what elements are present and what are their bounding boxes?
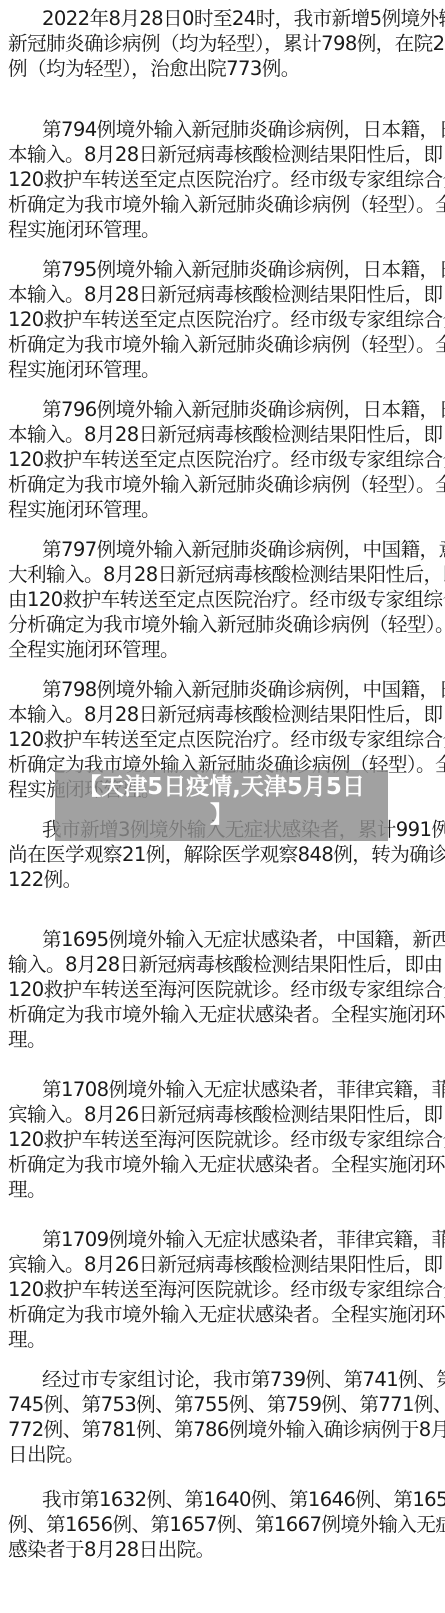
title-overlay-banner: 【天津5日疫情,天津5月5日 】: [55, 770, 388, 841]
paragraph-line: 第794例境外输入新冠肺炎确诊病例，日本籍，日: [8, 117, 440, 142]
paragraph-line: 析确定为我市境外输入新冠肺炎确诊病例（轻型）。全: [8, 332, 440, 357]
paragraph-line: 我市第1632例、第1640例、第1646例、第1655: [8, 1487, 440, 1512]
paragraph-line: 日出院。: [8, 1442, 440, 1467]
paragraph-line: 第797例境外输入新冠肺炎确诊病例，中国籍，意: [8, 537, 440, 562]
paragraph-line: 宾输入。8月26日新冠病毒核酸检测结果阳性后，即由: [8, 1102, 440, 1127]
paragraph-line: 理。: [8, 1327, 440, 1352]
paragraph-line: 本输入。8月28日新冠病毒核酸检测结果阳性后，即由: [8, 702, 440, 727]
paragraph-line: 大利输入。8月28日新冠病毒核酸检测结果阳性后，即: [8, 562, 440, 587]
article-paragraph: 第1709例境外输入无症状感染者，菲律宾籍，菲律宾输入。8月26日新冠病毒核酸检…: [8, 1227, 440, 1352]
paragraph-line: 第796例境外输入新冠肺炎确诊病例，日本籍，日: [8, 397, 440, 422]
paragraph-line: 120救护车转送至定点医院治疗。经市级专家组综合分: [8, 167, 440, 192]
paragraph-line: 感染者于8月28日出院。: [8, 1537, 440, 1562]
paragraph-line: 由120救护车转送至定点医院治疗。经市级专家组综合: [8, 587, 440, 612]
paragraph-line: 第798例境外输入新冠肺炎确诊病例，中国籍，日: [8, 677, 440, 702]
paragraph-line: 分析确定为我市境外输入新冠肺炎确诊病例（轻型）。: [8, 612, 440, 637]
overlay-title-line-2: 】: [55, 801, 388, 829]
paragraph-line: 理。: [8, 1177, 440, 1202]
paragraph-line: 析确定为我市境外输入无症状感染者。全程实施闭环管: [8, 1152, 440, 1177]
article-paragraph: 第796例境外输入新冠肺炎确诊病例，日本籍，日本输入。8月28日新冠病毒核酸检测…: [8, 397, 440, 522]
paragraph-line: 本输入。8月28日新冠病毒核酸检测结果阳性后，即由: [8, 282, 440, 307]
paragraph-line: 程实施闭环管理。: [8, 497, 440, 522]
paragraph-line: 120救护车转送至定点医院治疗。经市级专家组综合分: [8, 447, 440, 472]
article-paragraph: 2022年8月28日0时至24时，我市新增5例境外输入新冠肺炎确诊病例（均为轻型…: [8, 6, 440, 81]
paragraph-line: 本输入。8月28日新冠病毒核酸检测结果阳性后，即由: [8, 422, 440, 447]
paragraph-line: 析确定为我市境外输入新冠肺炎确诊病例（轻型）。全: [8, 472, 440, 497]
paragraph-line: 析确定为我市境外输入无症状感染者。全程实施闭环管: [8, 1302, 440, 1327]
paragraph-line: 2022年8月28日0时至24时，我市新增5例境外输入: [8, 6, 440, 31]
overlay-title-line-1: 【天津5日疫情,天津5月5日: [55, 773, 388, 801]
article-paragraph: 第797例境外输入新冠肺炎确诊病例，中国籍，意大利输入。8月28日新冠病毒核酸检…: [8, 537, 440, 662]
paragraph-line: 经过市专家组讨论，我市第739例、第741例、第: [8, 1367, 440, 1392]
paragraph-line: 120救护车转送至定点医院治疗。经市级专家组综合分: [8, 307, 440, 332]
paragraph-line: 第1709例境外输入无症状感染者，菲律宾籍，菲律: [8, 1227, 440, 1252]
paragraph-line: 输入。8月28日新冠病毒核酸检测结果阳性后，即由: [8, 952, 440, 977]
paragraph-line: 析确定为我市境外输入无症状感染者。全程实施闭环管: [8, 1002, 440, 1027]
paragraph-line: 尚在医学观察21例，解除医学观察848例，转为确诊: [8, 842, 440, 867]
article-paragraph: 我市第1632例、第1640例、第1646例、第1655例、第1656例、第16…: [8, 1487, 440, 1562]
paragraph-line: 120救护车转送至海河医院就诊。经市级专家组综合分: [8, 1277, 440, 1302]
paragraph-line: 第1695例境外输入无症状感染者，中国籍，新西兰: [8, 927, 440, 952]
paragraph-line: 745例、第753例、第755例、第759例、第771例、第: [8, 1392, 440, 1417]
overlay-title: 【天津5日疫情,天津5月5日 】: [55, 770, 388, 829]
paragraph-line: 程实施闭环管理。: [8, 217, 440, 242]
paragraph-line: 120救护车转送至定点医院治疗。经市级专家组综合分: [8, 727, 440, 752]
paragraph-line: 772例、第781例、第786例境外输入确诊病例于8月28: [8, 1417, 440, 1442]
paragraph-line: 例（均为轻型），治愈出院773例。: [8, 56, 440, 81]
paragraph-line: 析确定为我市境外输入新冠肺炎确诊病例（轻型）。全: [8, 192, 440, 217]
paragraph-line: 程实施闭环管理。: [8, 357, 440, 382]
paragraph-line: 122例。: [8, 867, 440, 892]
article-paragraph: 第1708例境外输入无症状感染者，菲律宾籍，菲律宾输入。8月26日新冠病毒核酸检…: [8, 1077, 440, 1202]
paragraph-line: 理。: [8, 1027, 440, 1052]
article-paragraph: 第1695例境外输入无症状感染者，中国籍，新西兰输入。8月28日新冠病毒核酸检测…: [8, 927, 440, 1052]
paragraph-line: 120救护车转送至海河医院就诊。经市级专家组综合分: [8, 977, 440, 1002]
paragraph-line: 宾输入。8月26日新冠病毒核酸检测结果阳性后，即由: [8, 1252, 440, 1277]
article-paragraph: 第794例境外输入新冠肺炎确诊病例，日本籍，日本输入。8月28日新冠病毒核酸检测…: [8, 117, 440, 242]
paragraph-line: 新冠肺炎确诊病例（均为轻型），累计798例，在院25: [8, 31, 440, 56]
paragraph-line: 第795例境外输入新冠肺炎确诊病例，日本籍，日: [8, 257, 440, 282]
paragraph-line: 例、第1656例、第1657例、第1667例境外输入无症状: [8, 1512, 440, 1537]
paragraph-line: 本输入。8月28日新冠病毒核酸检测结果阳性后，即由: [8, 142, 440, 167]
paragraph-line: 全程实施闭环管理。: [8, 637, 440, 662]
article-paragraph: 经过市专家组讨论，我市第739例、第741例、第745例、第753例、第755例…: [8, 1367, 440, 1467]
paragraph-line: 120救护车转送至海河医院就诊。经市级专家组综合分: [8, 1127, 440, 1152]
article-paragraph: 第795例境外输入新冠肺炎确诊病例，日本籍，日本输入。8月28日新冠病毒核酸检测…: [8, 257, 440, 382]
paragraph-line: 第1708例境外输入无症状感染者，菲律宾籍，菲律: [8, 1077, 440, 1102]
